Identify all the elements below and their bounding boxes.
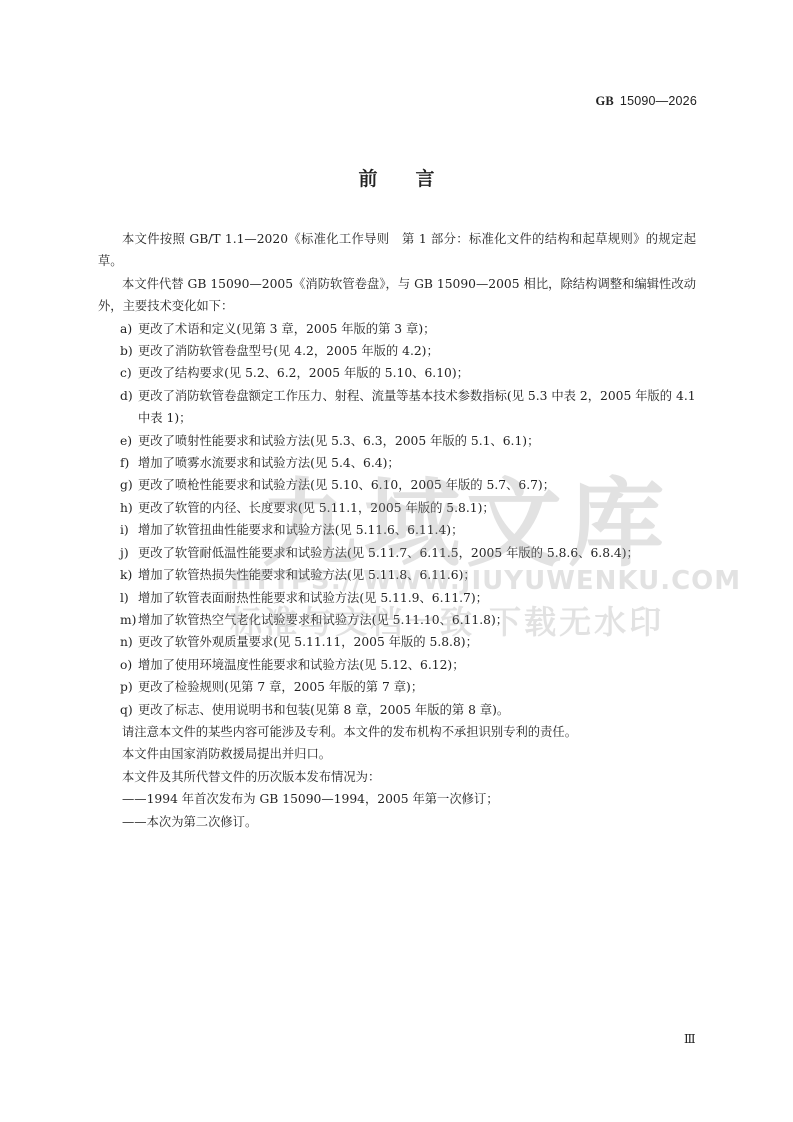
list-item: g)更改了喷枪性能要求和试验方法(见 5.10、6.10，2005 年版的 5.…: [98, 474, 696, 496]
list-item: n)更改了软管外观质量要求(见 5.11.11，2005 年版的 5.8.8)；: [98, 631, 696, 653]
list-item: p)更改了检验规则(见第 7 章，2005 年版的第 7 章)；: [98, 676, 696, 698]
foreword-body: 本文件按照 GB/T 1.1—2020《标准化工作导则 第 1 部分：标准化文件…: [98, 228, 696, 833]
list-item: b)更改了消防软管卷盘型号(见 4.2，2005 年版的 4.2)；: [98, 340, 696, 362]
history-intro: 本文件及其所代替文件的历次版本发布情况为：: [98, 766, 696, 788]
list-item: q)更改了标志、使用说明书和包装(见第 8 章，2005 年版的第 8 章)。: [98, 699, 696, 721]
standard-code: GB15090—2026: [595, 94, 697, 109]
standard-prefix: GB: [595, 94, 613, 108]
drafting-rule-paragraph: 本文件按照 GB/T 1.1—2020《标准化工作导则 第 1 部分：标准化文件…: [98, 228, 696, 273]
replacement-paragraph: 本文件代替 GB 15090—2005《消防软管卷盘》，与 GB 15090—2…: [98, 273, 696, 318]
page-title: 前言: [0, 164, 793, 191]
list-item: j)更改了软管耐低温性能要求和试验方法(见 5.11.7、6.11.5，2005…: [98, 542, 696, 564]
list-item: l)增加了软管表面耐热性能要求和试验方法(见 5.11.9、6.11.7)；: [98, 587, 696, 609]
patent-notice: 请注意本文件的某些内容可能涉及专利。本文件的发布机构不承担识别专利的责任。: [98, 721, 696, 743]
list-item: e)更改了喷射性能要求和试验方法(见 5.3、6.3，2005 年版的 5.1、…: [98, 430, 696, 452]
changes-list: a)更改了术语和定义(见第 3 章，2005 年版的第 3 章)； b)更改了消…: [98, 318, 696, 721]
list-item: d)更改了消防软管卷盘额定工作压力、射程、流量等基本技术参数指标(见 5.3 中…: [98, 385, 696, 430]
standard-number: 15090—2026: [620, 94, 697, 108]
history-item: ——本次为第二次修订。: [98, 811, 696, 833]
list-item: k)增加了软管热损失性能要求和试验方法(见 5.11.8、6.11.6)；: [98, 564, 696, 586]
list-item: m)增加了软管热空气老化试验要求和试验方法(见 5.11.10、6.11.8)；: [98, 609, 696, 631]
list-item: h)更改了软管的内径、长度要求(见 5.11.1，2005 年版的 5.8.1)…: [98, 497, 696, 519]
list-item: f)增加了喷雾水流要求和试验方法(见 5.4、6.4)；: [98, 452, 696, 474]
proposer-statement: 本文件由国家消防救援局提出并归口。: [98, 743, 696, 765]
list-item: a)更改了术语和定义(见第 3 章，2005 年版的第 3 章)；: [98, 318, 696, 340]
list-item: i)增加了软管扭曲性能要求和试验方法(见 5.11.6、6.11.4)；: [98, 519, 696, 541]
list-item: c)更改了结构要求(见 5.2、6.2，2005 年版的 5.10、6.10)；: [98, 362, 696, 384]
page-number: Ⅲ: [684, 1032, 696, 1046]
history-item: ——1994 年首次发布为 GB 15090—1994，2005 年第一次修订；: [98, 788, 696, 810]
list-item: o)增加了使用环境温度性能要求和试验方法(见 5.12、6.12)；: [98, 654, 696, 676]
